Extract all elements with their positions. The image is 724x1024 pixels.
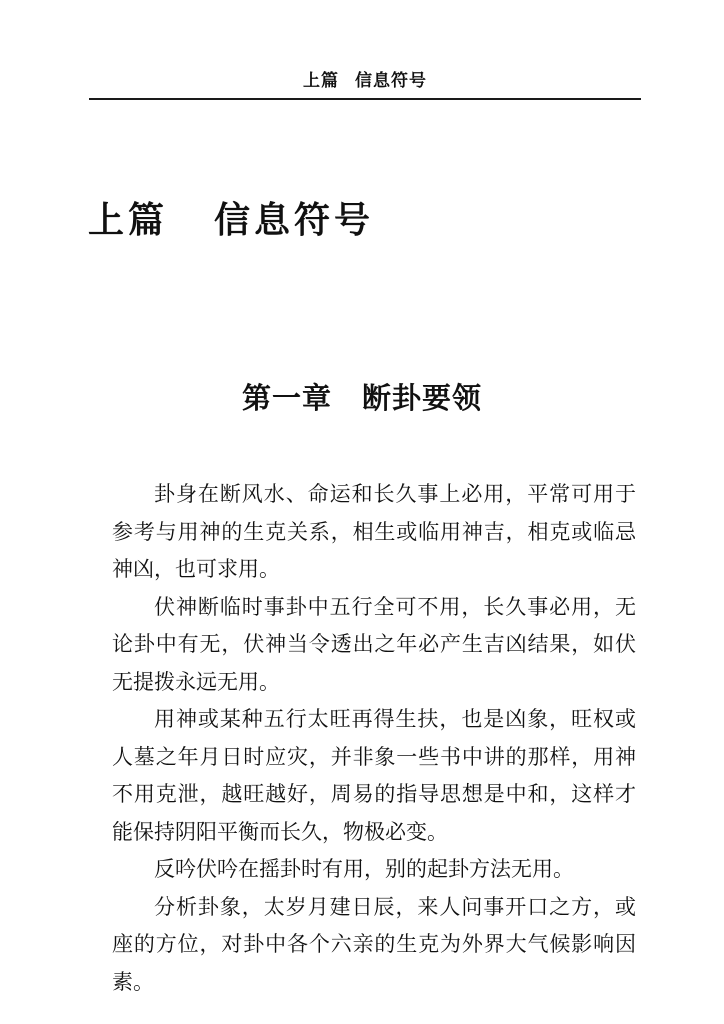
chapter-title: 第一章断卦要领	[0, 376, 724, 417]
running-header: 上篇信息符号	[89, 66, 641, 91]
chapter-name: 断卦要领	[362, 381, 482, 415]
paragraph: 用神或某种五行太旺再得生扶，也是凶象，旺权或人墓之年月日时应灾，并非象一些书中讲…	[112, 701, 636, 851]
body-text: 卦身在断风水、命运和长久事上必用，平常可用于参考与用神的生克关系，相生或临用神吉…	[112, 476, 636, 1001]
part-title-title: 信息符号	[214, 200, 374, 241]
part-title-part: 上篇	[88, 200, 168, 241]
chapter-number: 第一章	[242, 381, 332, 415]
part-title: 上篇信息符号	[88, 192, 374, 243]
paragraph: 反吟伏吟在摇卦时有用，别的起卦方法无用。	[112, 851, 636, 889]
running-header-part: 上篇	[303, 71, 339, 91]
paragraph: 分析卦象，太岁月建日辰，来人问事开口之方，或座的方位，对卦中各个六亲的生克为外界…	[112, 889, 636, 1002]
paragraph: 卦身在断风水、命运和长久事上必用，平常可用于参考与用神的生克关系，相生或临用神吉…	[112, 476, 636, 589]
header-rule	[89, 98, 641, 100]
running-header-title: 信息符号	[355, 71, 427, 91]
paragraph: 伏神断临时事卦中五行全可不用，长久事必用，无论卦中有无，伏神当令透出之年必产生吉…	[112, 589, 636, 702]
